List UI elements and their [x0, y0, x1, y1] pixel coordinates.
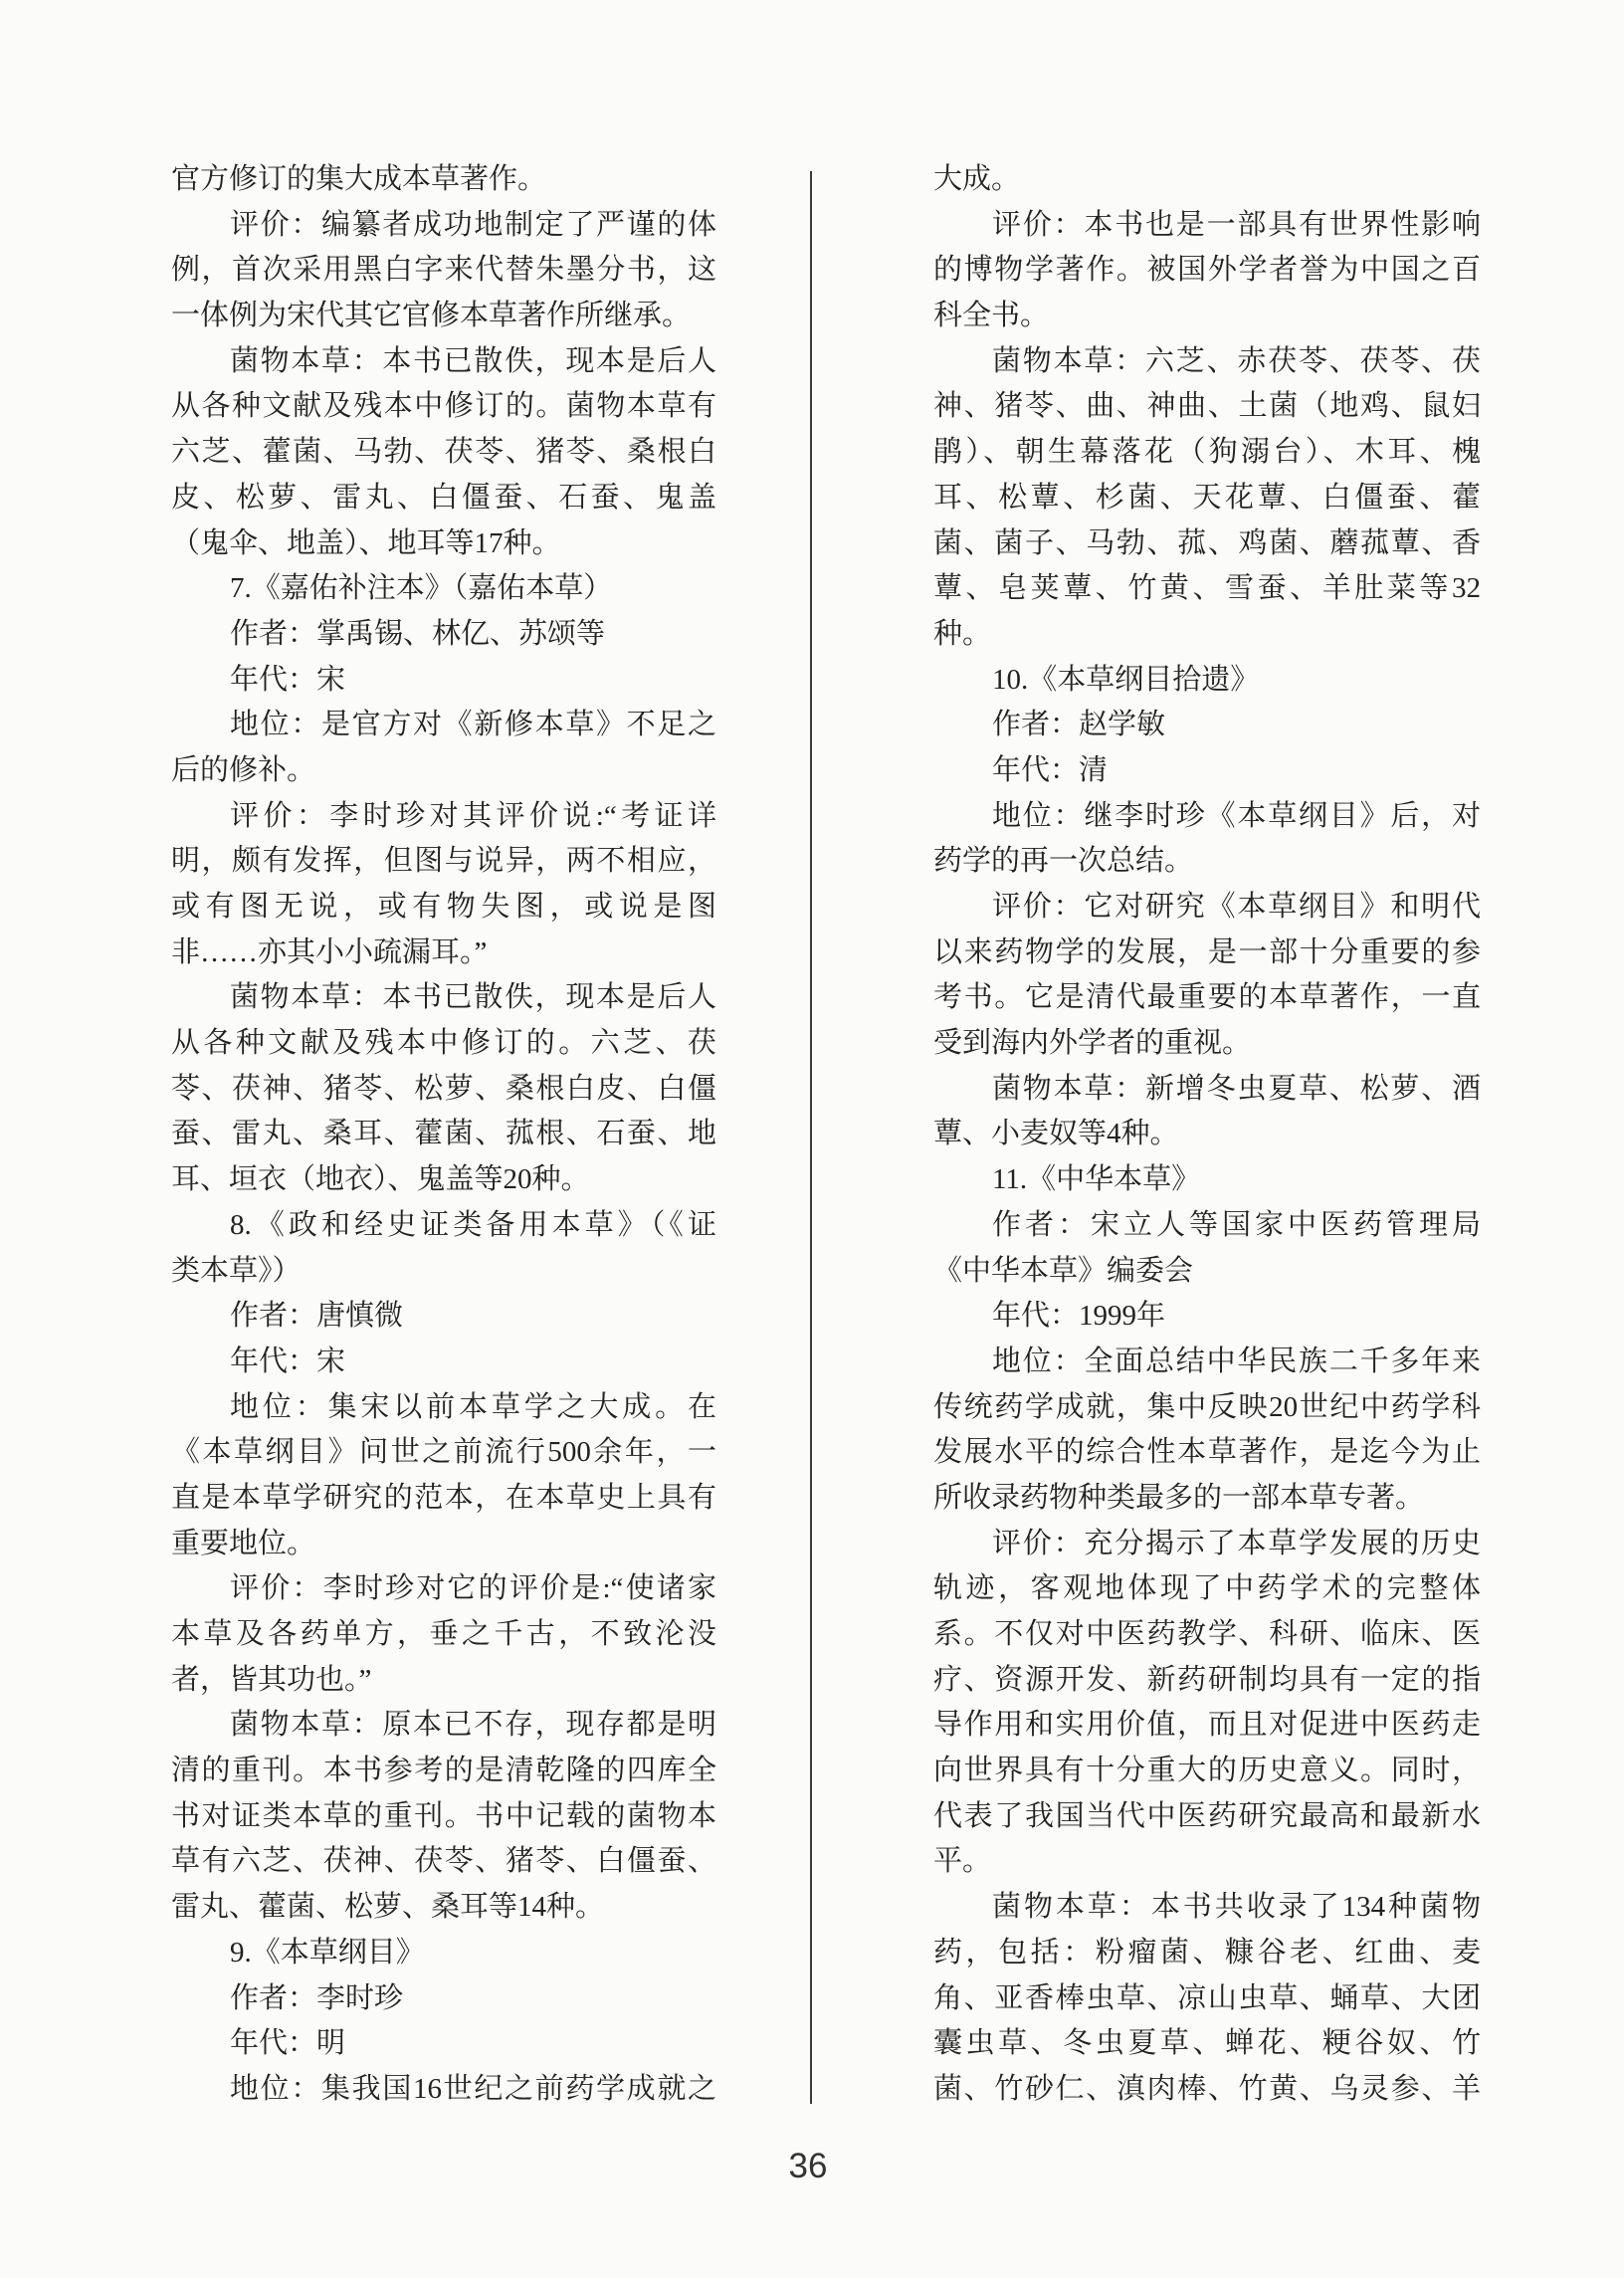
column-divider [810, 171, 812, 2104]
text-line: 评价：李时珍对其评价说:“考证详 [171, 794, 716, 840]
book-page: 官方修订的集大成本草著作。评价：编纂者成功地制定了严谨的体例，首次采用黑白字来代… [0, 0, 1624, 2278]
text-line: 菌物本草：本书已散佚，现本是后人 [171, 339, 716, 385]
text-line: 评价：编纂者成功地制定了严谨的体 [171, 203, 716, 249]
text-line: 从各种文献及残本中修订的。菌物本草有 [171, 384, 716, 430]
text-line: 作者：赵学敏 [933, 703, 1481, 748]
text-line: 后的修补。 [171, 748, 716, 794]
text-line: 重要地位。 [171, 1522, 716, 1567]
text-line: 种。 [933, 612, 1481, 658]
text-line: 苓、茯神、猪苓、松萝、桑根白皮、白僵 [171, 1067, 716, 1113]
text-line: 传统药学成就，集中反映20世纪中药学科 [933, 1385, 1481, 1431]
text-line: 向世界具有十分重大的历史意义。同时， [933, 1749, 1481, 1794]
text-line: 直是本草学研究的范本，在本草史上具有 [171, 1476, 716, 1522]
text-line: 作者：掌禹锡、林亿、苏颂等 [171, 612, 716, 658]
text-line: 大成。 [933, 157, 1481, 203]
text-line: 地位：是官方对《新修本草》不足之 [171, 703, 716, 748]
text-line: 系。不仅对中医药教学、科研、临床、医 [933, 1612, 1481, 1658]
text-line: 类本草》） [171, 1249, 716, 1295]
text-line: 地位：全面总结中华民族二千多年来 [933, 1340, 1481, 1385]
text-line: 菌、竹砂仁、滇肉棒、竹黄、乌灵参、羊 [933, 2067, 1481, 2113]
text-line: 耳、垣衣（地衣）、鬼盖等20种。 [171, 1157, 716, 1203]
text-line: 者，皆其功也。” [171, 1658, 716, 1704]
text-line: 或有图无说，或有物失图，或说是图 [171, 885, 716, 931]
text-line: 作者：唐慎微 [171, 1294, 716, 1340]
text-line: 年代：清 [933, 748, 1481, 794]
text-line: 受到海内外学者的重视。 [933, 1021, 1481, 1067]
text-line: （鬼伞、地盖）、地耳等17种。 [171, 521, 716, 567]
text-line: 菌、菌子、马勃、菰、鸡菌、蘑菰蕈、香 [933, 521, 1481, 567]
text-line: 六芝、藿菌、马勃、茯苓、猪苓、桑根白 [171, 430, 716, 476]
text-line: 草有六芝、茯神、茯苓、猪苓、白僵蚕、 [171, 1839, 716, 1885]
text-line: 囊虫草、冬虫夏草、蝉花、粳谷奴、竹 [933, 2021, 1481, 2067]
text-line: 代表了我国当代中医药研究最高和最新水 [933, 1794, 1481, 1840]
page-number: 36 [728, 2142, 888, 2191]
text-line: 地位：集宋以前本草学之大成。在 [171, 1385, 716, 1431]
text-line: 药，包括：粉瘤菌、糠谷老、红曲、麦 [933, 1931, 1481, 1976]
text-line: 地位：集我国16世纪之前药学成就之 [171, 2067, 716, 2113]
text-line: 评价：充分揭示了本草学发展的历史 [933, 1522, 1481, 1567]
text-line: 明，颇有发挥，但图与说异，两不相应， [171, 839, 716, 885]
text-line: 的博物学著作。被国外学者誉为中国之百 [933, 248, 1481, 294]
text-line: 蚕、雷丸、桑耳、藿菌、菰根、石蚕、地 [171, 1112, 716, 1157]
text-line: 评价：李时珍对它的评价是:“使诸家 [171, 1566, 716, 1612]
text-line: 药学的再一次总结。 [933, 839, 1481, 885]
text-line: 平。 [933, 1839, 1481, 1885]
text-line: 导作用和实用价值，而且对促进中医药走 [933, 1703, 1481, 1749]
text-line: 轨迹，客观地体现了中药学术的完整体 [933, 1566, 1481, 1612]
text-line: 年代：宋 [171, 658, 716, 704]
text-line: 评价：它对研究《本草纲目》和明代 [933, 885, 1481, 931]
text-line: 从各种文献及残本中修订的。六芝、茯 [171, 1021, 716, 1067]
text-line: 非……亦其小小疏漏耳。” [171, 931, 716, 976]
text-line: 年代：宋 [171, 1340, 716, 1385]
text-line: 11.《中华本草》 [933, 1157, 1481, 1203]
text-line: 科全书。 [933, 294, 1481, 339]
text-line: 《本草纲目》问世之前流行500余年，一 [171, 1430, 716, 1476]
text-line: 一体例为宋代其它官修本草著作所继承。 [171, 294, 716, 339]
text-line: 评价：本书也是一部具有世界性影响 [933, 203, 1481, 249]
text-line: 菌物本草：本书已散佚，现本是后人 [171, 975, 716, 1021]
text-line: 《中华本草》编委会 [933, 1249, 1481, 1295]
text-line: 角、亚香棒虫草、凉山虫草、蛹草、大团 [933, 1976, 1481, 2022]
text-line: 雷丸、藿菌、松萝、桑耳等14种。 [171, 1885, 716, 1931]
text-line: 8.《政和经史证类备用本草》（《证 [171, 1203, 716, 1249]
text-line: 以来药物学的发展，是一部十分重要的参 [933, 931, 1481, 976]
text-line: 蕈、小麦奴等4种。 [933, 1112, 1481, 1157]
text-line: 考书。它是清代最重要的本草著作，一直 [933, 975, 1481, 1021]
left-text-column: 官方修订的集大成本草著作。评价：编纂者成功地制定了严谨的体例，首次采用黑白字来代… [171, 157, 716, 2113]
text-line: 7.《嘉佑补注本》（嘉佑本草） [171, 566, 716, 612]
text-line: 官方修订的集大成本草著作。 [171, 157, 716, 203]
text-line: 鹃）、朝生幕落花（狗溺台）、木耳、槐 [933, 430, 1481, 476]
text-line: 例，首次采用黑白字来代替朱墨分书，这 [171, 248, 716, 294]
text-line: 年代：1999年 [933, 1294, 1481, 1340]
right-text-column: 大成。评价：本书也是一部具有世界性影响的博物学著作。被国外学者誉为中国之百科全书… [933, 157, 1481, 2113]
text-line: 10.《本草纲目拾遗》 [933, 658, 1481, 704]
text-line: 神、猪苓、曲、神曲、土菌（地鸡、鼠妇 [933, 384, 1481, 430]
text-line: 耳、松蕈、杉菌、天花蕈、白僵蚕、藿 [933, 476, 1481, 521]
text-line: 书对证类本草的重刊。书中记载的菌物本 [171, 1794, 716, 1840]
text-line: 所收录药物种类最多的一部本草专著。 [933, 1476, 1481, 1522]
text-line: 地位：继李时珍《本草纲目》后，对 [933, 794, 1481, 840]
text-line: 菌物本草：原本已不存，现存都是明 [171, 1703, 716, 1749]
text-line: 疗、资源开发、新药研制均具有一定的指 [933, 1658, 1481, 1704]
text-line: 年代：明 [171, 2021, 716, 2067]
text-line: 作者：李时珍 [171, 1976, 716, 2022]
text-line: 菌物本草：新增冬虫夏草、松萝、酒 [933, 1067, 1481, 1113]
text-line: 皮、松萝、雷丸、白僵蚕、石蚕、鬼盖 [171, 476, 716, 521]
text-line: 菌物本草：六芝、赤茯苓、茯苓、茯 [933, 339, 1481, 385]
text-line: 蕈、皂荚蕈、竹黄、雪蚕、羊肚菜等32 [933, 566, 1481, 612]
text-line: 9.《本草纲目》 [171, 1931, 716, 1976]
text-line: 发展水平的综合性本草著作，是迄今为止 [933, 1430, 1481, 1476]
text-line: 清的重刊。本书参考的是清乾隆的四库全 [171, 1749, 716, 1794]
text-line: 作者：宋立人等国家中医药管理局 [933, 1203, 1481, 1249]
text-line: 菌物本草：本书共收录了134种菌物 [933, 1885, 1481, 1931]
text-line: 本草及各药单方，垂之千古，不致沦没 [171, 1612, 716, 1658]
